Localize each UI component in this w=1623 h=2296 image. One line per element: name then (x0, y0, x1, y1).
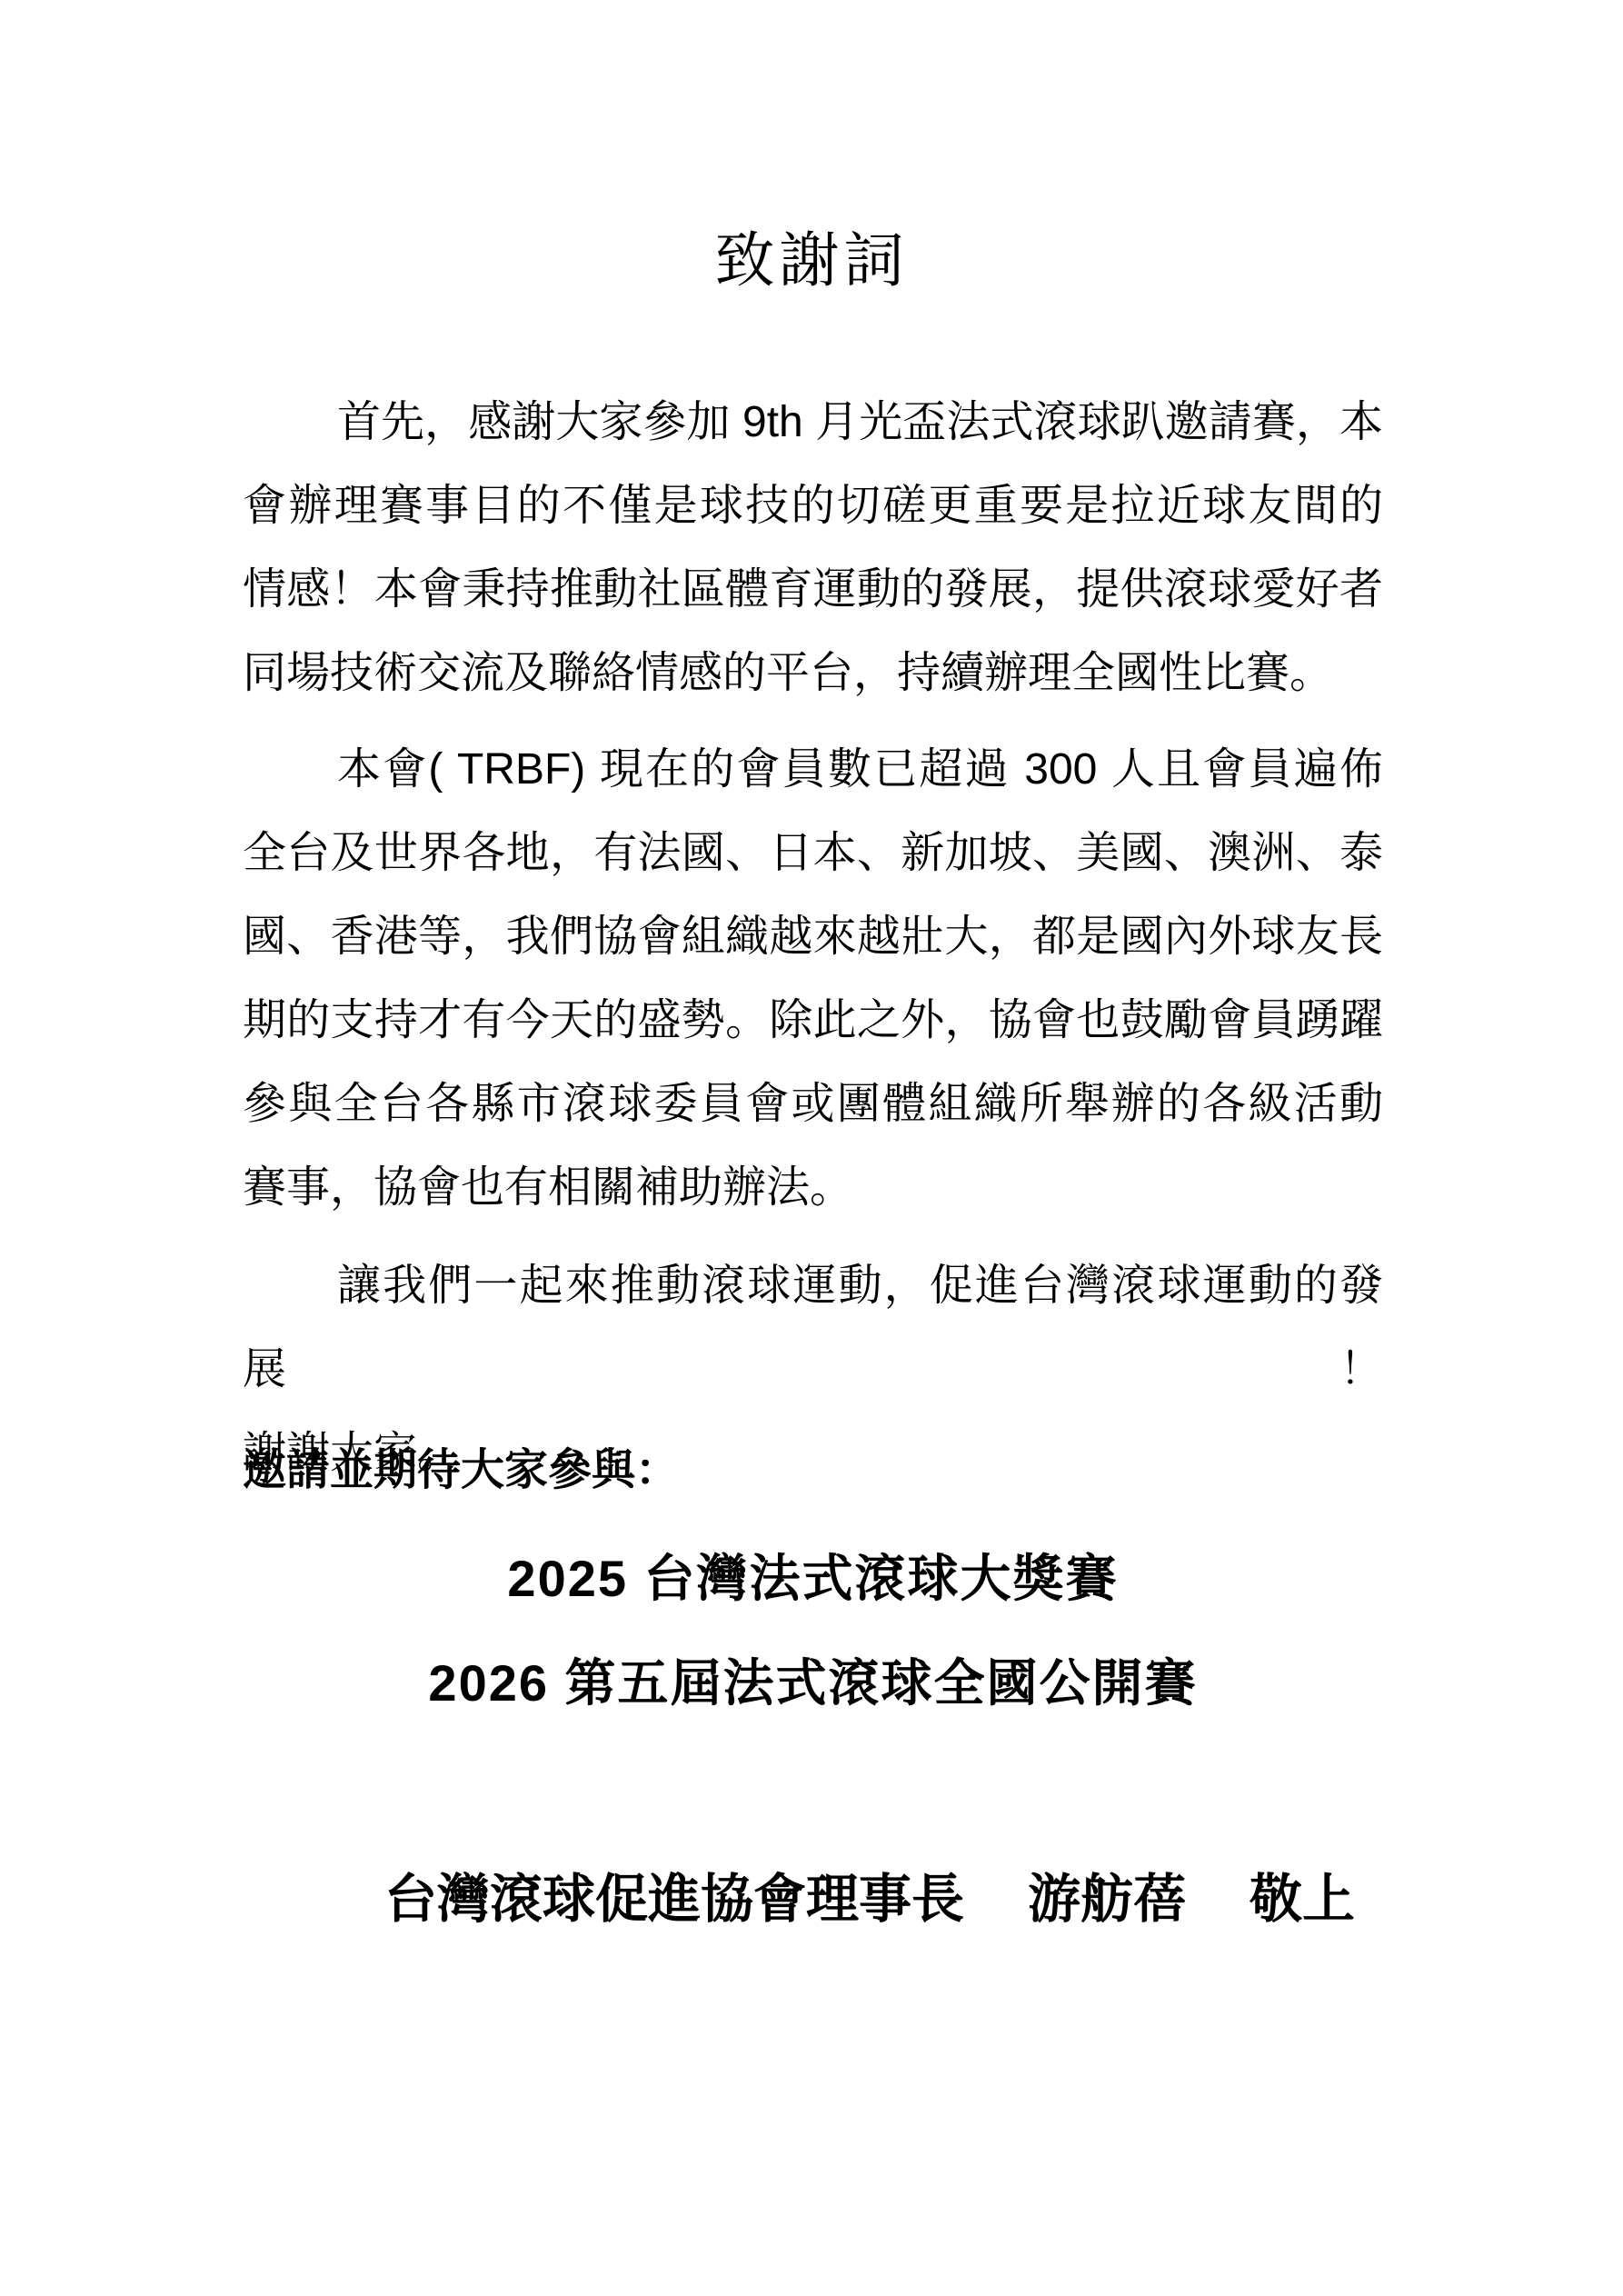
paragraph-1: 首先，感謝大家參加 9th 月光盃法式滾球趴邀請賽，本 會辦理賽事目的不僅是球技… (243, 381, 1383, 715)
paragraph-2: 本會( TRBF) 現在的會員數已超過 300 人且會員遍佈 全台及世界各地，有… (243, 728, 1383, 1230)
body-line: 本會( TRBF) 現在的會員數已超過 300 人且會員遍佈 (243, 728, 1383, 812)
body-line: 會辦理賽事目的不僅是球技的切磋更重要是拉近球友間的 (243, 464, 1383, 548)
body-line: 情感！本會秉持推動社區體育運動的發展，提供滾球愛好者 (243, 548, 1383, 632)
body-line: 全台及世界各地，有法國、日本、新加坡、美國、澳洲、泰 (243, 812, 1383, 895)
body-line: 首先，感謝大家參加 9th 月光盃法式滾球趴邀請賽，本 (243, 381, 1383, 464)
signature-org: 台灣滾球促進協會理事長 (384, 1870, 964, 1929)
signature-line: 台灣滾球促進協會理事長游舫蓓敬上 (243, 1858, 1383, 1942)
body-line: 同場技術交流及聯絡情感的平台，持續辦理全國性比賽。 (243, 632, 1383, 715)
event-line-2025: 2025 台灣法式滾球大獎賽 (243, 1526, 1383, 1631)
body-line: 讓我們一起來推動滾球運動，促進台灣滾球運動的發展！ (243, 1244, 1383, 1412)
body-line: 參與全台各縣市滾球委員會或團體組織所舉辦的各級活動 (243, 1063, 1383, 1146)
body-line: 賽事，協會也有相關補助辦法。 (243, 1146, 1383, 1230)
signature-closing: 敬上 (1250, 1870, 1355, 1929)
document-page: 致謝詞 首先，感謝大家參加 9th 月光盃法式滾球趴邀請賽，本 會辦理賽事目的不… (0, 0, 1623, 2296)
invite-heading: 邀請並期待大家參與： (243, 1429, 1383, 1512)
body-line: 期的支持才有今天的盛勢。除此之外，協會也鼓勵會員踴躍 (243, 979, 1383, 1063)
page-title: 致謝詞 (0, 224, 1623, 296)
body-line: 國、香港等，我們協會組織越來越壯大，都是國內外球友長 (243, 895, 1383, 979)
signature-name: 游舫蓓 (1028, 1870, 1186, 1929)
event-line-2026: 2026 第五屆法式滾球全國公開賽 (243, 1631, 1383, 1735)
